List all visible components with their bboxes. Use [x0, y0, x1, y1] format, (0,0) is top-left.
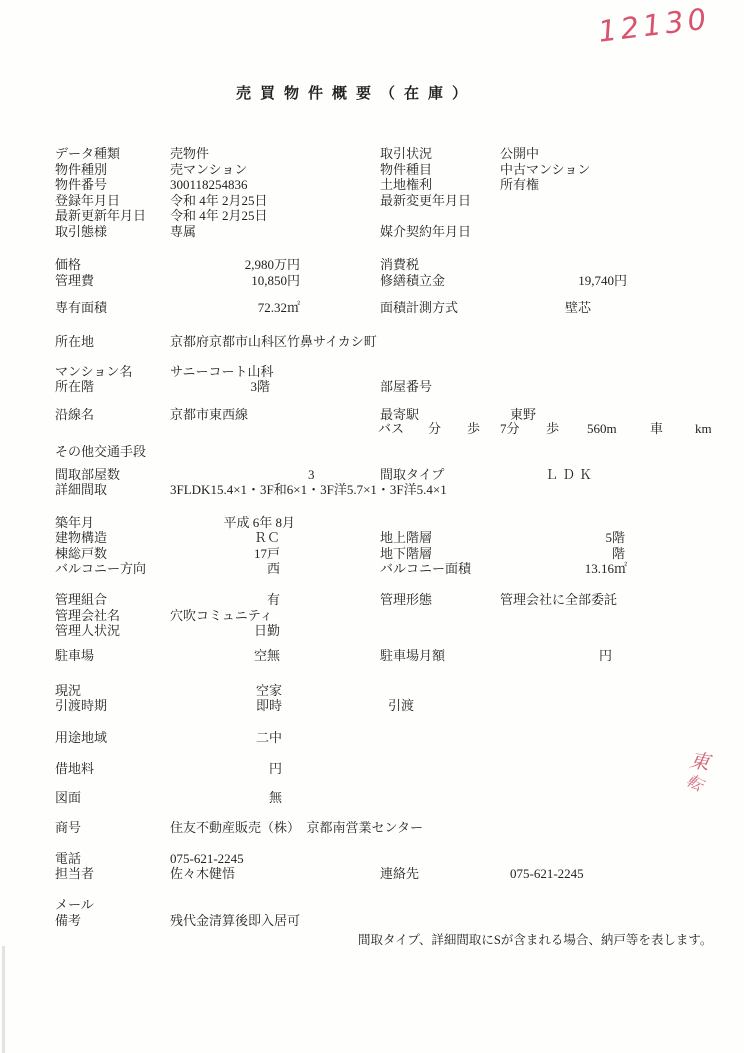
field-remarks-label: 備考 [55, 913, 81, 928]
field-floors-above-value: 5階 [500, 530, 625, 545]
field-last-update-date-label: 最新更新年月日 [55, 208, 146, 223]
field-company-name-value: 住友不動産販売（株） 京都南営業センター [170, 820, 423, 835]
access-token-distance: 560m [587, 421, 617, 436]
field-location-label: 所在地 [55, 334, 94, 349]
field-phone-value: 075-621-2245 [170, 851, 244, 866]
field-transaction-status-label: 取引状況 [380, 146, 432, 161]
access-token-walk-min: 7分 [500, 421, 520, 436]
field-layout-type-label: 間取タイプ [380, 467, 444, 482]
field-structure-label: 建物構造 [55, 530, 107, 545]
field-management-assoc-value: 有 [160, 592, 280, 607]
field-contact-person-label: 担当者 [55, 866, 94, 881]
field-land-rights-label: 土地権利 [380, 177, 432, 192]
field-room-count-value: 3 [308, 467, 315, 482]
field-current-status-label: 現況 [55, 683, 81, 698]
field-property-number-label: 物件番号 [55, 177, 107, 192]
field-management-form-value: 管理会社に全部委託 [500, 592, 617, 607]
page-title: 売買物件概要（在庫） [236, 86, 476, 101]
field-balcony-area-value: 13.16㎡ [500, 561, 627, 576]
field-remarks-value: 残代金清算後即入居可 [170, 913, 300, 928]
field-layout-detail-label: 詳細間取 [55, 482, 107, 497]
field-property-category-label: 物件種別 [55, 162, 107, 177]
field-layout-type-value: ＬＤＫ [545, 467, 596, 482]
access-token-walk: 歩 [467, 421, 480, 436]
field-contact-person-value: 佐々木健悟 [170, 866, 235, 881]
field-last-update-date-value: 令和 4年 2月25日 [170, 208, 268, 223]
field-property-category-value: 売マンション [170, 162, 247, 177]
field-nearest-station-value: 東野 [510, 407, 536, 422]
field-room-number-label: 部屋番号 [380, 379, 432, 394]
field-email-label: メール [55, 897, 94, 912]
field-management-assoc-label: 管理組合 [55, 592, 107, 607]
field-area-measurement-label: 面積計測方式 [380, 300, 458, 315]
field-registration-date-label: 登録年月日 [55, 193, 120, 208]
field-floors-above-label: 地上階層 [380, 530, 432, 545]
handwritten-stamp-scribble: 東 転 [685, 752, 711, 790]
field-balcony-area-label: バルコニー面積 [380, 561, 471, 576]
field-location-value: 京都府京都市山科区竹鼻サイカシ町 [170, 334, 377, 349]
field-structure-value: ＲＣ [160, 530, 280, 545]
field-building-name-label: マンション名 [55, 364, 132, 379]
field-data-type-label: データ種類 [55, 146, 120, 161]
field-floor-located-label: 所在階 [55, 379, 94, 394]
field-handover-timing-label: 引渡時期 [55, 698, 107, 713]
field-exclusive-area-value: 72.32㎡ [170, 300, 300, 315]
field-phone-label: 電話 [55, 851, 81, 866]
field-balcony-direction-value: 西 [160, 561, 280, 576]
field-parking-value: 空無 [160, 648, 280, 663]
field-built-date-value: 平成 6年 8月 [170, 515, 295, 530]
field-layout-detail-value: 3FLDK15.4×1・3F和6×1・3F洋5.7×1・3F洋5.4×1 [170, 482, 447, 497]
field-parking-label: 駐車場 [55, 648, 94, 663]
field-built-date-label: 築年月 [55, 515, 94, 530]
field-drawing-label: 図面 [55, 790, 81, 805]
field-handover-timing-value: 即時 [160, 698, 282, 713]
access-token-bus: バス [378, 421, 404, 436]
field-management-fee-value: 10,850円 [170, 273, 300, 288]
field-floor-located-value: 3階 [170, 379, 270, 394]
field-zoning-label: 用途地域 [55, 730, 107, 745]
footer-note: 間取タイプ、詳細間取にSが含まれる場合、納戸等を表します。 [358, 933, 712, 948]
access-token-car: 車 [650, 421, 663, 436]
field-zoning-value: 二中 [160, 730, 282, 745]
field-agency-contract-date-label: 媒介契約年月日 [380, 224, 471, 239]
field-floors-below-value: 階 [500, 546, 625, 561]
field-last-change-date-label: 最新変更年月日 [380, 193, 471, 208]
field-management-form-label: 管理形態 [380, 592, 432, 607]
field-transaction-type-value: 専属 [170, 224, 196, 239]
field-total-units-value: 17戸 [160, 546, 280, 561]
field-parking-fee-label: 駐車場月額 [380, 648, 445, 663]
field-current-status-value: 空家 [160, 683, 282, 698]
field-land-rights-value: 所有権 [500, 177, 539, 192]
field-rail-line-label: 沿線名 [55, 407, 94, 422]
field-manager-status-value: 日勤 [160, 623, 280, 638]
field-transaction-status-value: 公開中 [500, 146, 539, 161]
field-drawing-value: 無 [160, 790, 282, 805]
field-contact-number-value: 075-621-2245 [510, 866, 584, 881]
field-area-measurement-value: 壁芯 [565, 300, 591, 315]
field-registration-date-value: 令和 4年 2月25日 [170, 193, 268, 208]
field-management-fee-label: 管理費 [55, 273, 94, 288]
field-contact-number-label: 連絡先 [380, 866, 419, 881]
field-handover-label: 引渡 [388, 698, 414, 713]
field-company-name-label: 商号 [55, 820, 81, 835]
field-price-value: 2,980万円 [170, 257, 300, 272]
access-token-km: km [695, 421, 712, 436]
field-nearest-station-label: 最寄駅 [380, 407, 419, 422]
field-repair-reserve-label: 修繕積立金 [380, 273, 445, 288]
field-parking-fee-value: 円 [500, 648, 612, 663]
field-data-type-value: 売物件 [170, 146, 209, 161]
field-property-type-value: 中古マンション [500, 162, 590, 177]
field-total-units-label: 棟総戸数 [55, 546, 107, 561]
field-repair-reserve-value: 19,740円 [500, 273, 627, 288]
handwritten-number: 12130 [598, 11, 711, 40]
field-building-name-value: サニーコート山科 [170, 364, 273, 379]
access-token-bus-min: 分 [428, 421, 441, 436]
stamp-char-2: 転 [684, 771, 706, 794]
field-property-type-label: 物件種目 [380, 162, 432, 177]
field-price-label: 価格 [55, 257, 81, 272]
access-token-walk2: 歩 [546, 421, 559, 436]
field-management-company-value: 穴吹コミュニティ [170, 608, 273, 623]
field-manager-status-label: 管理人状況 [55, 623, 120, 638]
field-land-rent-value: 円 [160, 761, 282, 776]
scan-artifact-line [2, 946, 5, 1053]
document-page: 12130 売買物件概要（在庫） データ種類 売物件 物件種別 売マンション 物… [0, 0, 744, 1053]
field-balcony-direction-label: バルコニー方向 [55, 561, 146, 576]
field-floors-below-label: 地下階層 [380, 546, 432, 561]
field-property-number-value: 300118254836 [170, 177, 248, 192]
field-management-company-label: 管理会社名 [55, 608, 120, 623]
field-land-rent-label: 借地料 [55, 761, 94, 776]
field-exclusive-area-label: 専有面積 [55, 300, 107, 315]
field-room-count-label: 間取部屋数 [55, 467, 120, 482]
field-transaction-type-label: 取引態様 [55, 224, 107, 239]
field-rail-line-value: 京都市東西線 [170, 407, 248, 422]
field-other-transport-label: その他交通手段 [55, 444, 146, 459]
field-consumption-tax-label: 消費税 [380, 257, 419, 272]
